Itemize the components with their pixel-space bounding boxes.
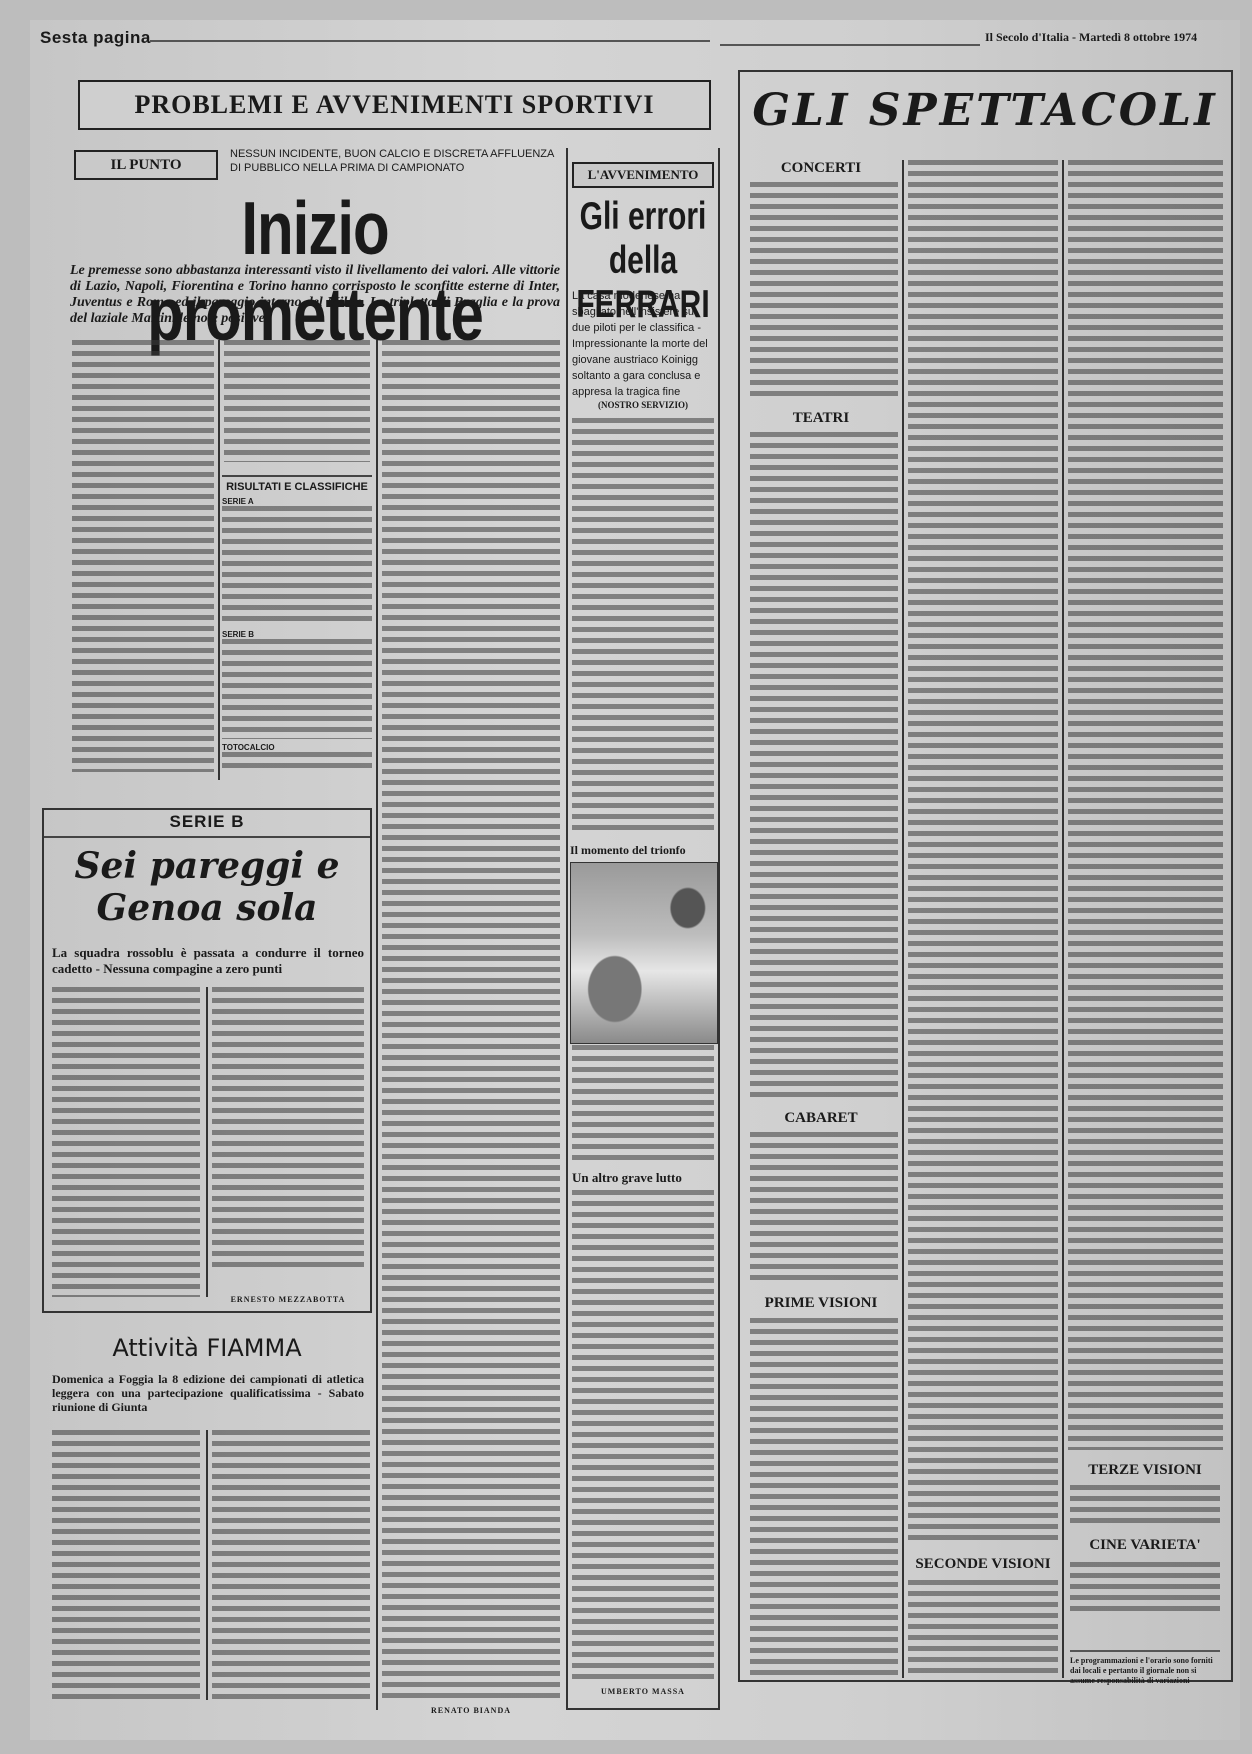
serie-a-results: .	[222, 506, 372, 626]
section-teatri: TEATRI	[746, 410, 896, 427]
feature-lead: La casa modenese ha sbagliato nell'insis…	[572, 288, 714, 400]
paper-date: Il Secolo d'Italia - Martedì 8 ottobre 1…	[985, 30, 1197, 45]
serie-b-label: SERIE B	[222, 630, 372, 639]
feature-subhead: Un altro grave lutto	[572, 1170, 714, 1186]
cine-varieta-listings: .	[1070, 1562, 1220, 1612]
article-column: .	[382, 340, 560, 1700]
results-title: RISULTATI E CLASSIFICHE	[222, 475, 372, 493]
column-divider	[376, 340, 378, 1710]
totocalcio-label: TOTOCALCIO	[222, 743, 372, 752]
il-punto-tag: IL PUNTO	[74, 150, 218, 180]
section-label: Sesta pagina	[40, 28, 151, 48]
fiamma-byline: RENATO BIANDA	[382, 1706, 560, 1715]
terze-visioni-listings: .	[1070, 1485, 1220, 1525]
section-terze-visioni: TERZE VISIONI	[1070, 1462, 1220, 1479]
prime-visioni-listings: .	[750, 1318, 898, 1680]
feature-body: .	[572, 418, 714, 836]
spettacoli-title: GLI SPETTACOLI	[745, 85, 1225, 136]
footnote: Le programmazioni e l'orario sono fornit…	[1070, 1656, 1220, 1686]
section-cine-varieta: CINE VARIETA'	[1070, 1537, 1220, 1554]
header-rule	[150, 40, 710, 42]
column-divider	[1062, 160, 1064, 1678]
feature-byline: UMBERTO MASSA	[572, 1687, 714, 1696]
cabaret-listings: .	[750, 1132, 898, 1282]
section-cabaret: CABARET	[746, 1110, 896, 1127]
fiamma-column: .	[52, 1430, 200, 1700]
section-prime-visioni: PRIME VISIONI	[746, 1295, 896, 1312]
race-photo	[570, 862, 718, 1044]
serie-b-byline: ERNESTO MEZZABOTTA	[212, 1295, 364, 1304]
prime-visioni-listings: .	[1068, 160, 1223, 1450]
serie-b-results: .	[222, 639, 372, 739]
fiamma-standfirst: Domenica a Foggia la 8 edizione dei camp…	[52, 1372, 364, 1414]
article-column: .	[224, 340, 370, 462]
section-seconde-visioni: SECONDE VISIONI	[908, 1556, 1058, 1573]
prime-visioni-listings: .	[908, 160, 1058, 1540]
serie-b-standfirst: La squadra rossoblu è passata a condurre…	[52, 945, 364, 977]
photo-caption-title: Il momento del trionfo	[570, 843, 716, 858]
header-rule	[720, 44, 980, 46]
main-kicker: Nessun incidente, buon calcio e discreta…	[230, 147, 560, 175]
main-standfirst: Le premesse sono abbastanza interessanti…	[70, 263, 560, 327]
seconde-visioni-listings: .	[908, 1580, 1058, 1678]
totocalcio-results: .	[222, 752, 372, 774]
feature-credit: (NOSTRO SERVIZIO)	[572, 400, 714, 410]
sports-banner: PROBLEMI E AVVENIMENTI SPORTIVI	[78, 80, 711, 130]
serie-b-column: .	[52, 987, 200, 1297]
serie-b-tag: SERIE B	[44, 812, 370, 838]
column-divider	[218, 340, 220, 780]
section-concerti: CONCERTI	[746, 160, 896, 177]
results-box: RISULTATI E CLASSIFICHE SERIE A . SERIE …	[222, 475, 372, 774]
serie-b-headline: Sei pareggi e Genoa sola	[44, 845, 370, 929]
serie-b-column: .	[212, 987, 364, 1267]
footnote-rule	[1070, 1650, 1220, 1652]
teatri-listings: .	[750, 432, 898, 1102]
column-divider	[206, 987, 208, 1297]
photo-caption: .	[572, 1045, 714, 1165]
avvenimento-tag: L'AVVENIMENTO	[572, 162, 714, 188]
feature-body: .	[572, 1190, 714, 1680]
serie-a-label: SERIE A	[222, 497, 372, 506]
fiamma-column: .	[212, 1430, 370, 1700]
article-column: .	[72, 340, 214, 772]
concerti-listings: .	[750, 182, 898, 402]
column-divider	[902, 160, 904, 1678]
fiamma-headline: Attività FIAMMA	[42, 1334, 372, 1362]
column-divider	[206, 1430, 208, 1700]
